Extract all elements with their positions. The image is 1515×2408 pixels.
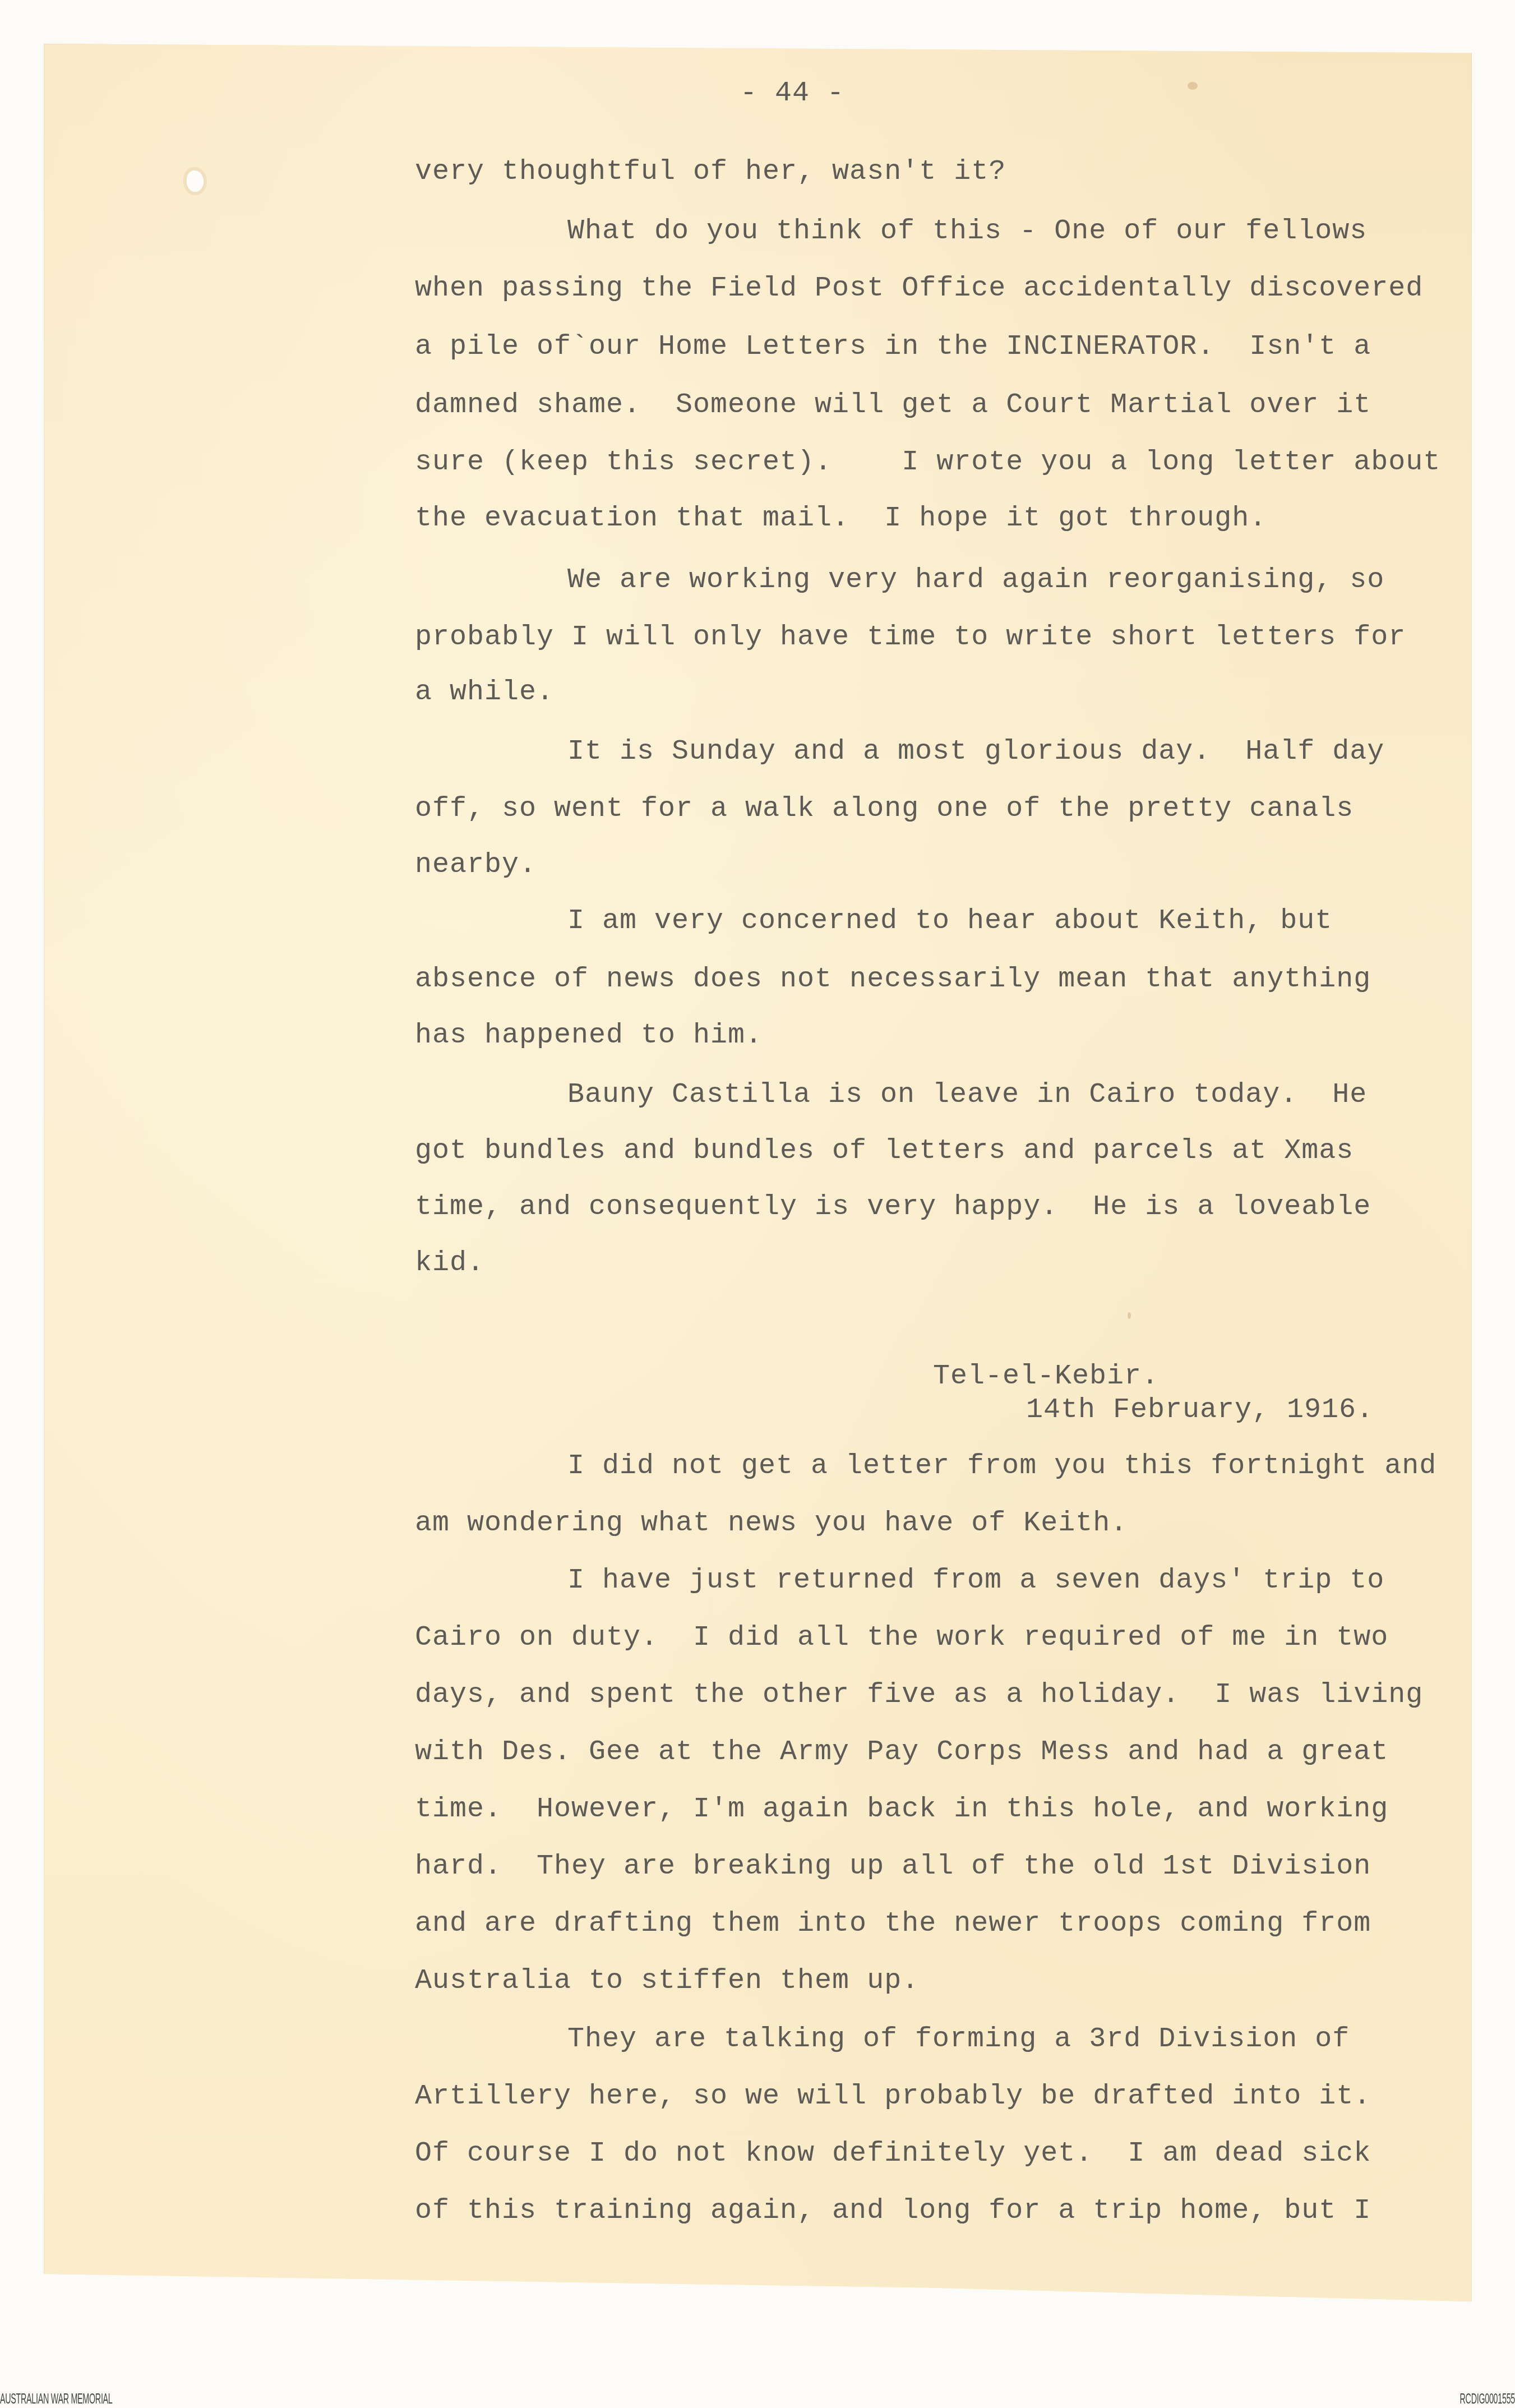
letter-line: time. However, I'm again back in this ho… bbox=[415, 1796, 1388, 1824]
paper-stain bbox=[1188, 82, 1198, 90]
letter-line: nearby. bbox=[415, 851, 537, 879]
letter-line: What do you think of this - One of our f… bbox=[567, 218, 1367, 246]
letter-line: days, and spent the other five as a holi… bbox=[415, 1681, 1423, 1709]
paper-stain bbox=[1128, 1312, 1131, 1319]
punch-hole bbox=[187, 170, 204, 192]
typed-text-layer: - 44 - very thoughtful of her, wasn't it… bbox=[0, 0, 1515, 64]
archive-reference-id: RCDIG0001555 bbox=[1460, 2390, 1515, 2407]
letter-line: when passing the Field Post Office accid… bbox=[415, 275, 1423, 303]
letter-line: has happened to him. bbox=[415, 1022, 763, 1050]
letter-line: and are drafting them into the newer tro… bbox=[415, 1910, 1371, 1938]
letter-line: very thoughtful of her, wasn't it? bbox=[415, 158, 1006, 186]
letter-line: Tel-el-Kebir. bbox=[933, 1363, 1159, 1391]
letter-line: We are working very hard again reorganis… bbox=[567, 566, 1384, 594]
letter-line: the evacuation that mail. I hope it got … bbox=[415, 505, 1267, 533]
letter-line: kid. bbox=[415, 1249, 484, 1277]
letter-line: damned shame. Someone will get a Court M… bbox=[415, 391, 1371, 419]
letter-line: They are talking of forming a 3rd Divisi… bbox=[567, 2026, 1350, 2054]
letter-line: time, and consequently is very happy. He… bbox=[415, 1193, 1371, 1221]
letter-line: I have just returned from a seven days' … bbox=[567, 1567, 1384, 1595]
letter-line: off, so went for a walk along one of the… bbox=[415, 795, 1354, 823]
letter-line: 14th February, 1916. bbox=[1026, 1396, 1374, 1424]
letter-line: a pile of`our Home Letters in the INCINE… bbox=[415, 333, 1371, 361]
letter-line: a while. bbox=[415, 679, 554, 707]
letter-line: I am very concerned to hear about Keith,… bbox=[567, 907, 1332, 935]
page-number: - 44 - bbox=[740, 80, 844, 108]
letter-line: Bauny Castilla is on leave in Cairo toda… bbox=[567, 1081, 1367, 1109]
letter-line: Artillery here, so we will probably be d… bbox=[415, 2083, 1371, 2111]
letter-line: probably I will only have time to write … bbox=[415, 624, 1406, 652]
letter-line: I did not get a letter from you this for… bbox=[567, 1452, 1437, 1480]
letter-line: Australia to stiffen them up. bbox=[415, 1967, 919, 1995]
letter-line: got bundles and bundles of letters and p… bbox=[415, 1137, 1354, 1165]
letter-line: am wondering what news you have of Keith… bbox=[415, 1510, 1128, 1538]
letter-line: sure (keep this secret). I wrote you a l… bbox=[415, 449, 1440, 477]
letter-line: absence of news does not necessarily mea… bbox=[415, 966, 1371, 994]
letter-line: Cairo on duty. I did all the work requir… bbox=[415, 1624, 1388, 1652]
letter-line: Of course I do not know definitely yet. … bbox=[415, 2140, 1371, 2168]
archive-credit: AUSTRALIAN WAR MEMORIAL bbox=[0, 2390, 113, 2407]
letter-line: of this training again, and long for a t… bbox=[415, 2197, 1371, 2225]
letter-line: hard. They are breaking up all of the ol… bbox=[415, 1853, 1371, 1881]
letter-line: with Des. Gee at the Army Pay Corps Mess… bbox=[415, 1738, 1388, 1766]
letter-line: It is Sunday and a most glorious day. Ha… bbox=[567, 738, 1384, 766]
